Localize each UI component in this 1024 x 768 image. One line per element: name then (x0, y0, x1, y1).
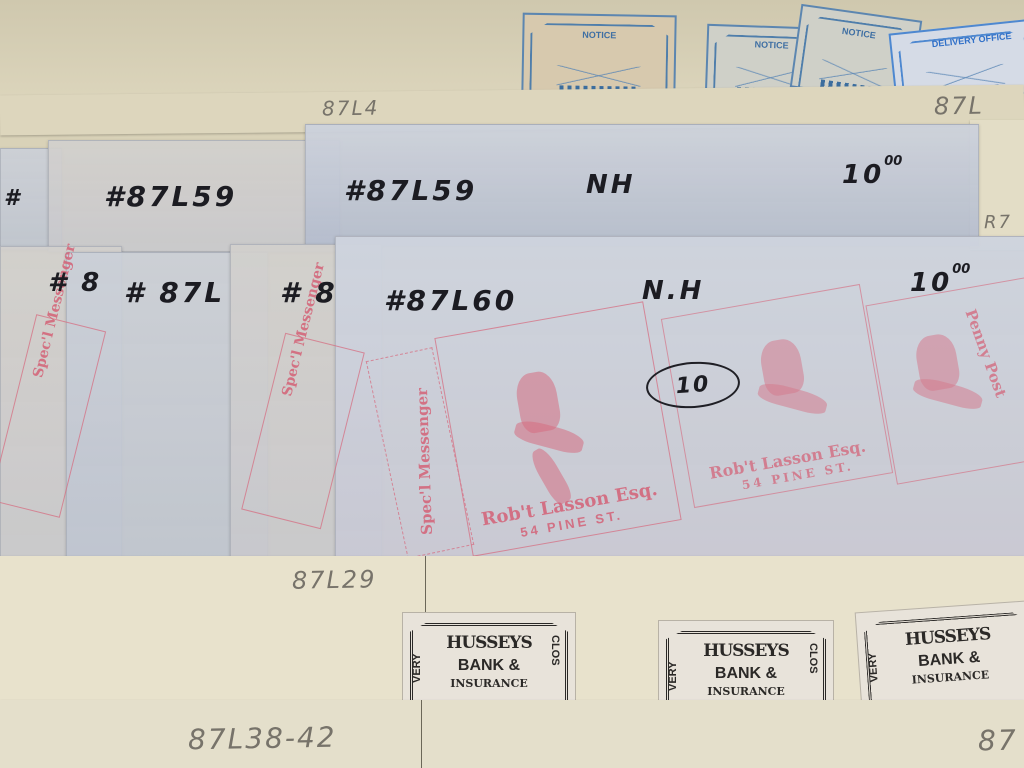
envelope-label: # (4, 186, 22, 211)
pencil-label: 87 (978, 724, 1018, 758)
condition-label: NH (586, 170, 636, 200)
price-cents: 00 (884, 154, 902, 169)
pencil-label: 87L29 (292, 565, 377, 594)
stamp-text: Penny Post (961, 307, 1010, 400)
stamp-side-text: VERY (867, 652, 881, 682)
album-page-bottom (0, 700, 1024, 768)
envelope-label: # 8 (280, 276, 338, 309)
pencil-label: 87L (934, 92, 984, 121)
envelope-label: # 87L (124, 276, 225, 309)
envelope-label: #87L60 (384, 284, 517, 317)
stamp-line3: INSURANCE (659, 685, 833, 698)
price-label: 1000 (910, 268, 970, 298)
stamp-text: Spec'l Messenger (413, 388, 436, 535)
envelope-label: #87L59 (344, 174, 477, 207)
price-value: 10 (910, 268, 952, 298)
hussey-stamp-3: HUSSEYS BANK & INSURANCE VERY (855, 600, 1024, 714)
stamp-side-text: CLOS (807, 643, 819, 659)
price-value: 10 (842, 160, 884, 190)
red-stamp-2: Rob't Lasson Esq. 54 PINE ST. (434, 301, 681, 556)
stamp-side-text: VERY (667, 661, 679, 691)
price-label: 1000 (842, 160, 902, 190)
blue-stamp-1: NOTICE (521, 13, 676, 100)
envelope-label: # 8 (48, 268, 102, 298)
stamp-line3: INSURANCE (403, 677, 575, 690)
page-divider-line (421, 700, 422, 768)
stamp-side-text: VERY (411, 653, 423, 683)
circled-number: 10 (675, 371, 711, 398)
pencil-label: R7 (984, 212, 1012, 233)
hussey-stamp-2: HUSSEYS BANK & INSURANCE VERY CLOS (658, 620, 834, 708)
stamp-side-text: CLOS (549, 635, 561, 651)
price-cents: 00 (952, 262, 970, 277)
hussey-stamp-1: HUSSEYS BANK & INSURANCE VERY CLOS (402, 612, 576, 706)
pencil-label: 87L4 (322, 96, 380, 121)
condition-label: N.H (642, 276, 704, 306)
pencil-label: 87L38-42 (188, 721, 337, 757)
envelope-label: #87L59 (104, 180, 237, 213)
